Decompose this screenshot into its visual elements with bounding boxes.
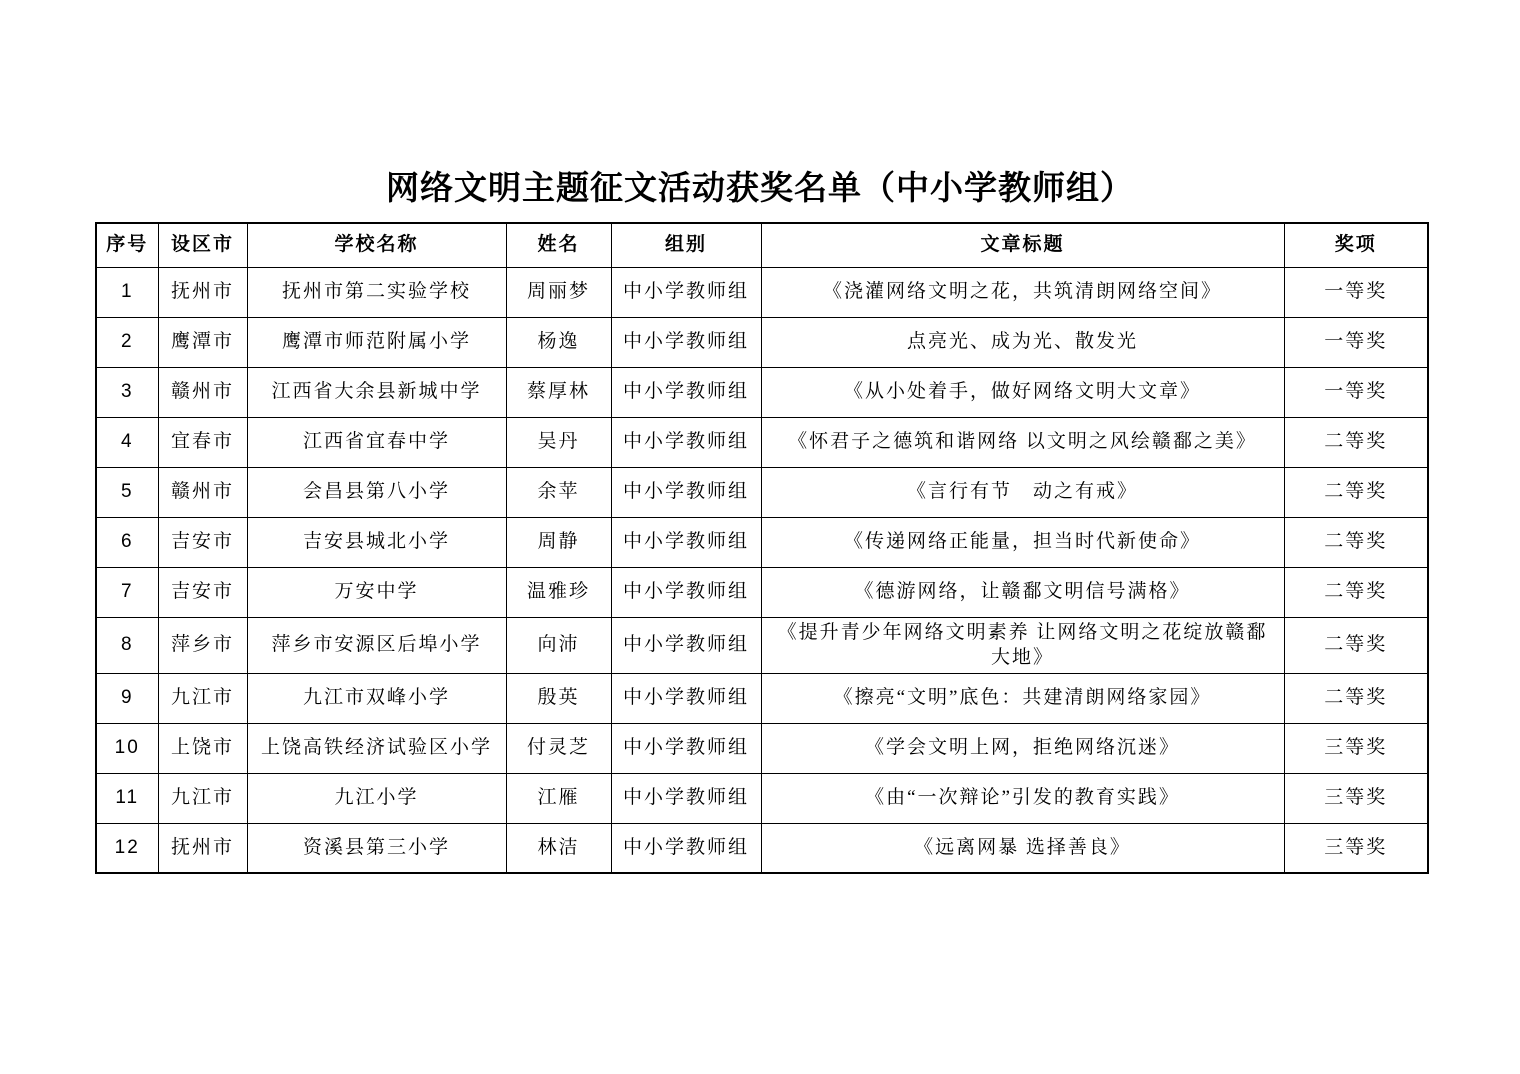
table-row: 6吉安市吉安县城北小学周静中小学教师组《传递网络正能量，担当时代新使命》二等奖 — [96, 517, 1428, 567]
cell-name: 林洁 — [506, 823, 611, 873]
awards-table: 序号设区市学校名称姓名组别文章标题奖项 1抚州市抚州市第二实验学校周丽梦中小学教… — [95, 222, 1429, 874]
cell-award: 一等奖 — [1284, 267, 1428, 317]
cell-title: 《由“一次辩论”引发的教育实践》 — [761, 773, 1284, 823]
cell-school: 江西省宜春中学 — [247, 417, 506, 467]
cell-award: 一等奖 — [1284, 367, 1428, 417]
cell-name: 蔡厚林 — [506, 367, 611, 417]
document-page: 网络文明主题征文活动获奖名单（中小学教师组） 序号设区市学校名称姓名组别文章标题… — [0, 0, 1520, 1074]
cell-name: 余苹 — [506, 467, 611, 517]
cell-name: 周静 — [506, 517, 611, 567]
cell-no: 2 — [96, 317, 158, 367]
cell-title: 《浇灌网络文明之花，共筑清朗网络空间》 — [761, 267, 1284, 317]
cell-title: 《怀君子之德筑和谐网络 以文明之风绘赣鄱之美》 — [761, 417, 1284, 467]
cell-award: 三等奖 — [1284, 773, 1428, 823]
cell-group: 中小学教师组 — [611, 723, 761, 773]
cell-no: 11 — [96, 773, 158, 823]
cell-award: 二等奖 — [1284, 617, 1428, 673]
table-row: 12抚州市资溪县第三小学林洁中小学教师组《远离网暴 选择善良》三等奖 — [96, 823, 1428, 873]
cell-city: 九江市 — [158, 773, 247, 823]
cell-city: 宜春市 — [158, 417, 247, 467]
cell-name: 周丽梦 — [506, 267, 611, 317]
cell-no: 7 — [96, 567, 158, 617]
cell-no: 10 — [96, 723, 158, 773]
table-row: 8萍乡市萍乡市安源区后埠小学向沛中小学教师组《提升青少年网络文明素养 让网络文明… — [96, 617, 1428, 673]
cell-group: 中小学教师组 — [611, 417, 761, 467]
table-row: 2鹰潭市鹰潭市师范附属小学杨逸中小学教师组点亮光、成为光、散发光一等奖 — [96, 317, 1428, 367]
cell-group: 中小学教师组 — [611, 367, 761, 417]
cell-award: 三等奖 — [1284, 823, 1428, 873]
cell-group: 中小学教师组 — [611, 773, 761, 823]
cell-award: 二等奖 — [1284, 673, 1428, 723]
cell-title: 《从小处着手，做好网络文明大文章》 — [761, 367, 1284, 417]
column-header-school: 学校名称 — [247, 223, 506, 267]
cell-title: 《提升青少年网络文明素养 让网络文明之花绽放赣鄱大地》 — [761, 617, 1284, 673]
cell-award: 二等奖 — [1284, 517, 1428, 567]
cell-title: 《传递网络正能量，担当时代新使命》 — [761, 517, 1284, 567]
cell-group: 中小学教师组 — [611, 823, 761, 873]
cell-city: 吉安市 — [158, 517, 247, 567]
cell-city: 抚州市 — [158, 823, 247, 873]
cell-no: 12 — [96, 823, 158, 873]
cell-city: 鹰潭市 — [158, 317, 247, 367]
table-row: 3赣州市江西省大余县新城中学蔡厚林中小学教师组《从小处着手，做好网络文明大文章》… — [96, 367, 1428, 417]
cell-no: 3 — [96, 367, 158, 417]
table-row: 7吉安市万安中学温雅珍中小学教师组《德游网络，让赣鄱文明信号满格》二等奖 — [96, 567, 1428, 617]
cell-group: 中小学教师组 — [611, 617, 761, 673]
cell-no: 1 — [96, 267, 158, 317]
cell-name: 付灵芝 — [506, 723, 611, 773]
table-row: 11九江市九江小学江雁中小学教师组《由“一次辩论”引发的教育实践》三等奖 — [96, 773, 1428, 823]
cell-title: 《德游网络，让赣鄱文明信号满格》 — [761, 567, 1284, 617]
cell-school: 万安中学 — [247, 567, 506, 617]
cell-name: 向沛 — [506, 617, 611, 673]
cell-school: 上饶高铁经济试验区小学 — [247, 723, 506, 773]
cell-city: 抚州市 — [158, 267, 247, 317]
cell-school: 江西省大余县新城中学 — [247, 367, 506, 417]
cell-title: 《擦亮“文明”底色：共建清朗网络家园》 — [761, 673, 1284, 723]
cell-no: 4 — [96, 417, 158, 467]
column-header-no: 序号 — [96, 223, 158, 267]
cell-city: 赣州市 — [158, 467, 247, 517]
table-row: 1抚州市抚州市第二实验学校周丽梦中小学教师组《浇灌网络文明之花，共筑清朗网络空间… — [96, 267, 1428, 317]
cell-school: 萍乡市安源区后埠小学 — [247, 617, 506, 673]
cell-award: 三等奖 — [1284, 723, 1428, 773]
document-title: 网络文明主题征文活动获奖名单（中小学教师组） — [0, 162, 1520, 209]
cell-group: 中小学教师组 — [611, 673, 761, 723]
cell-city: 吉安市 — [158, 567, 247, 617]
table-row: 10上饶市上饶高铁经济试验区小学付灵芝中小学教师组《学会文明上网，拒绝网络沉迷》… — [96, 723, 1428, 773]
cell-name: 殷英 — [506, 673, 611, 723]
cell-city: 九江市 — [158, 673, 247, 723]
cell-no: 6 — [96, 517, 158, 567]
cell-group: 中小学教师组 — [611, 317, 761, 367]
cell-award: 一等奖 — [1284, 317, 1428, 367]
cell-city: 上饶市 — [158, 723, 247, 773]
column-header-city: 设区市 — [158, 223, 247, 267]
cell-title: 点亮光、成为光、散发光 — [761, 317, 1284, 367]
table-body: 1抚州市抚州市第二实验学校周丽梦中小学教师组《浇灌网络文明之花，共筑清朗网络空间… — [96, 267, 1428, 873]
cell-school: 鹰潭市师范附属小学 — [247, 317, 506, 367]
cell-group: 中小学教师组 — [611, 467, 761, 517]
cell-school: 吉安县城北小学 — [247, 517, 506, 567]
table-row: 4宜春市江西省宜春中学吴丹中小学教师组《怀君子之德筑和谐网络 以文明之风绘赣鄱之… — [96, 417, 1428, 467]
header-row: 序号设区市学校名称姓名组别文章标题奖项 — [96, 223, 1428, 267]
cell-name: 江雁 — [506, 773, 611, 823]
cell-no: 5 — [96, 467, 158, 517]
cell-school: 九江市双峰小学 — [247, 673, 506, 723]
table-row: 5赣州市会昌县第八小学余苹中小学教师组《言行有节 动之有戒》二等奖 — [96, 467, 1428, 517]
cell-city: 赣州市 — [158, 367, 247, 417]
cell-school: 会昌县第八小学 — [247, 467, 506, 517]
cell-city: 萍乡市 — [158, 617, 247, 673]
cell-name: 温雅珍 — [506, 567, 611, 617]
cell-title: 《学会文明上网，拒绝网络沉迷》 — [761, 723, 1284, 773]
cell-group: 中小学教师组 — [611, 567, 761, 617]
cell-name: 杨逸 — [506, 317, 611, 367]
column-header-title: 文章标题 — [761, 223, 1284, 267]
cell-award: 二等奖 — [1284, 417, 1428, 467]
cell-group: 中小学教师组 — [611, 267, 761, 317]
cell-title: 《言行有节 动之有戒》 — [761, 467, 1284, 517]
cell-school: 九江小学 — [247, 773, 506, 823]
cell-no: 9 — [96, 673, 158, 723]
cell-award: 二等奖 — [1284, 567, 1428, 617]
column-header-award: 奖项 — [1284, 223, 1428, 267]
table-row: 9九江市九江市双峰小学殷英中小学教师组《擦亮“文明”底色：共建清朗网络家园》二等… — [96, 673, 1428, 723]
cell-school: 抚州市第二实验学校 — [247, 267, 506, 317]
column-header-name: 姓名 — [506, 223, 611, 267]
cell-group: 中小学教师组 — [611, 517, 761, 567]
cell-title: 《远离网暴 选择善良》 — [761, 823, 1284, 873]
cell-name: 吴丹 — [506, 417, 611, 467]
cell-award: 二等奖 — [1284, 467, 1428, 517]
cell-no: 8 — [96, 617, 158, 673]
cell-school: 资溪县第三小学 — [247, 823, 506, 873]
column-header-group: 组别 — [611, 223, 761, 267]
